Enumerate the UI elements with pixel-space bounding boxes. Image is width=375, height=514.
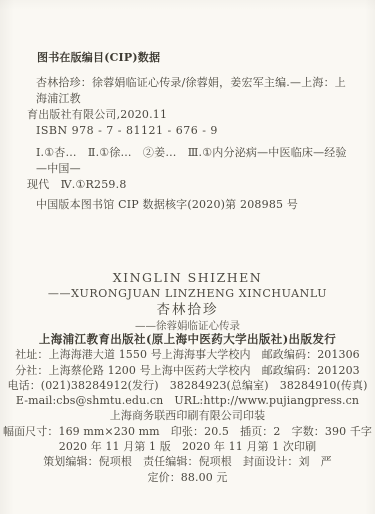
colophon-section: 上海浦江教育出版社(原上海中医药大学出版社)出版发行 社址：上海海港大道 155… — [0, 332, 375, 485]
editors-line: 策划编辑：倪项根 责任编辑：倪项根 封面设计：刘 严 — [0, 454, 375, 469]
branch-address-line: 分社：上海蔡伦路 1200 号上海中医药大学校内 邮政编码：201203 — [0, 363, 375, 378]
book-subtitle-pinyin: ——XURONGJUAN LINZHENG XINCHUANLU — [0, 286, 375, 302]
classification-line-2: 现代 Ⅳ.①R259.8 — [27, 177, 355, 193]
price-line: 定价：88.00 元 — [0, 470, 375, 485]
cip-header: 图书在版编目(CIP)数据 — [27, 50, 355, 66]
phone-line: 电话：(021)38284912(发行) 38284923(总编室) 38284… — [0, 378, 375, 393]
isbn-line: ISBN 978 - 7 - 81121 - 676 - 9 — [27, 123, 355, 139]
book-title-chinese: 杏林拾珍 — [0, 302, 375, 319]
edition-line: 2020 年 11 月第 1 版 2020 年 11 月第 1 次印刷 — [0, 439, 375, 454]
format-line: 幅面尺寸：169 mm×230 mm 印张：20.5 插页：2 字数：390 千… — [0, 424, 375, 439]
book-copyright-page: 图书在版编目(CIP)数据 杏林拾珍：徐蓉娟临证心传录/徐蓉娟，姜宏军主编.—上… — [0, 0, 375, 514]
cip-section: 图书在版编目(CIP)数据 杏林拾珍：徐蓉娟临证心传录/徐蓉娟，姜宏军主编.—上… — [27, 50, 355, 213]
cip-record-number: 中国版本图书馆 CIP 数据核字(2020)第 208985 号 — [27, 197, 355, 213]
cip-description-line-2: 育出版社有限公司,2020.11 — [27, 107, 355, 123]
address-line: 社址：上海海港大道 1550 号上海海事大学校内 邮政编码：201306 — [0, 347, 375, 362]
book-title-pinyin: XINGLIN SHIZHEN — [0, 269, 375, 286]
cip-description-line-1: 杏林拾珍：徐蓉娟临证心传录/徐蓉娟，姜宏军主编.—上海：上海浦江教 — [27, 75, 355, 107]
email-url-line: E-mail:cbs@shmtu.edu.cn URL:http://www.p… — [0, 393, 375, 408]
publisher-line: 上海浦江教育出版社(原上海中医药大学出版社)出版发行 — [0, 332, 375, 347]
classification-line-1: Ⅰ.①杏… Ⅱ.①徐… ②姜… Ⅲ.①内分泌病—中医临床—经验—中国— — [27, 145, 355, 177]
title-section: XINGLIN SHIZHEN ——XURONGJUAN LINZHENG XI… — [0, 269, 375, 334]
printer-line: 上海商务联西印刷有限公司印装 — [0, 408, 375, 423]
